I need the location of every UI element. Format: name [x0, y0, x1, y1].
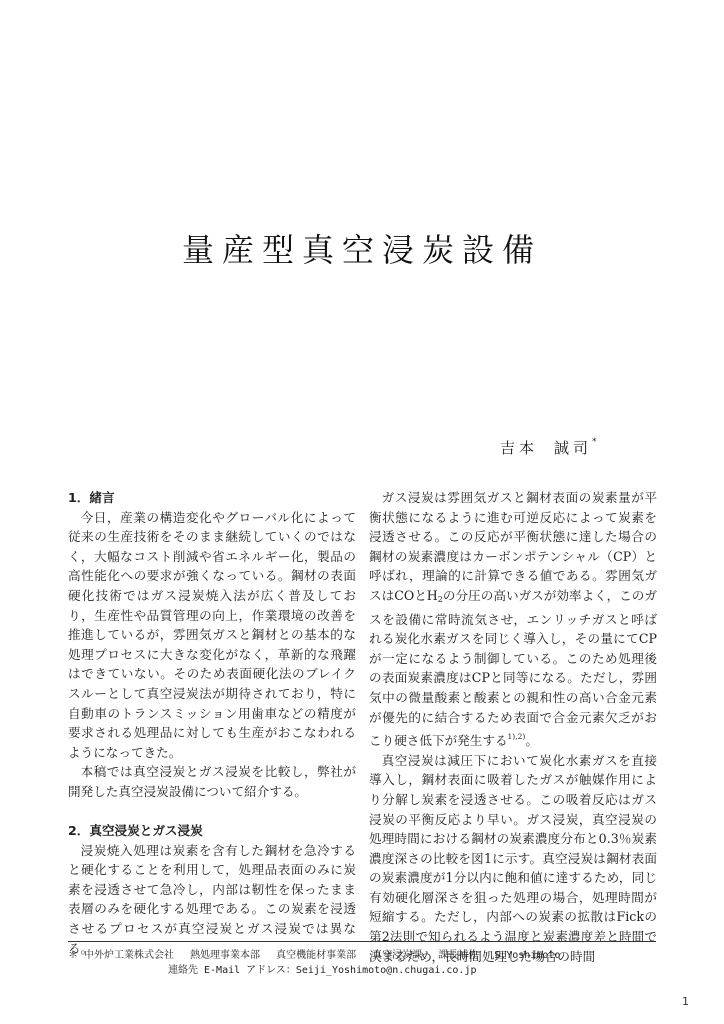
department-name: 真空機能材事業部 [276, 950, 356, 961]
paragraph-text: ガス浸炭は雰囲気ガスと鋼材表面の炭素量が平衡状態になるように進む可逆反応によって… [369, 490, 657, 603]
paragraph-text: の分圧の高いガスが効率よく，このガスを設備に常時流気させ，エンリッチガスと呼ばれ… [369, 588, 657, 748]
footnote-divider [68, 941, 656, 942]
affiliation-line: ＊ 中外炉工業株式会社 熱処理事業本部 真空機能材事業部 真空浸炭課 課長補佐 … [68, 948, 560, 963]
section-name: 真空浸炭課 [372, 950, 422, 961]
author-byline: 吉本誠司* [500, 437, 597, 458]
left-column: 1．緒言 今日，産業の構造変化やグローバル化によって従来の生産技術をそのまま継続… [68, 488, 356, 958]
romanized-name: S.Yoshimoto [494, 950, 560, 961]
email-address[interactable]: Seiji_Yoshimoto@n.chugai.co.jp [296, 965, 477, 976]
page-number: 1 [682, 995, 689, 1008]
article-title: 量産型真空浸炭設備 [0, 225, 724, 271]
author-given-name: 誠司 [554, 439, 592, 457]
author-family-name: 吉本 [500, 439, 538, 457]
reference-citation: 1),2) [508, 732, 526, 741]
company-name: 中外炉工業株式会社 [84, 950, 174, 961]
right-column: ガス浸炭は雰囲気ガスと鋼材表面の炭素量が平衡状態になるように進む可逆反応によって… [369, 488, 657, 966]
paragraph-text: 。 [525, 733, 538, 748]
gas-carburizing-paragraph: ガス浸炭は雰囲気ガスと鋼材表面の炭素量が平衡状態になるように進む可逆反応によって… [369, 488, 657, 751]
contact-line: 連絡先 E-Mail アドレス：Seiji_Yoshimoto@n.chugai… [68, 963, 560, 978]
contact-label: 連絡先 E-Mail アドレス： [168, 965, 296, 976]
footnote-mark: ＊ [68, 950, 78, 961]
author-footnote-mark: * [592, 437, 597, 447]
section-1-paragraph-2: 本稿では真空浸炭とガス浸炭を比較し，弊社が開発した真空浸炭設備について紹介する。 [68, 762, 356, 801]
vacuum-carburizing-paragraph: 真空浸炭は減圧下において炭化水素ガスを直接導入し，鋼材表面に吸着したガスが触媒作… [369, 751, 657, 967]
section-1-paragraph-1: 今日，産業の構造変化やグローバル化によって従来の生産技術をそのまま継続していくの… [68, 508, 356, 763]
division-name: 熱処理事業本部 [190, 950, 260, 961]
author-affiliation-footnote: ＊ 中外炉工業株式会社 熱処理事業本部 真空機能材事業部 真空浸炭課 課長補佐 … [68, 948, 560, 978]
position-title: 課長補佐 [438, 950, 478, 961]
section-2-heading: 2．真空浸炭とガス浸炭 [68, 821, 356, 841]
section-1-heading: 1．緒言 [68, 488, 356, 508]
